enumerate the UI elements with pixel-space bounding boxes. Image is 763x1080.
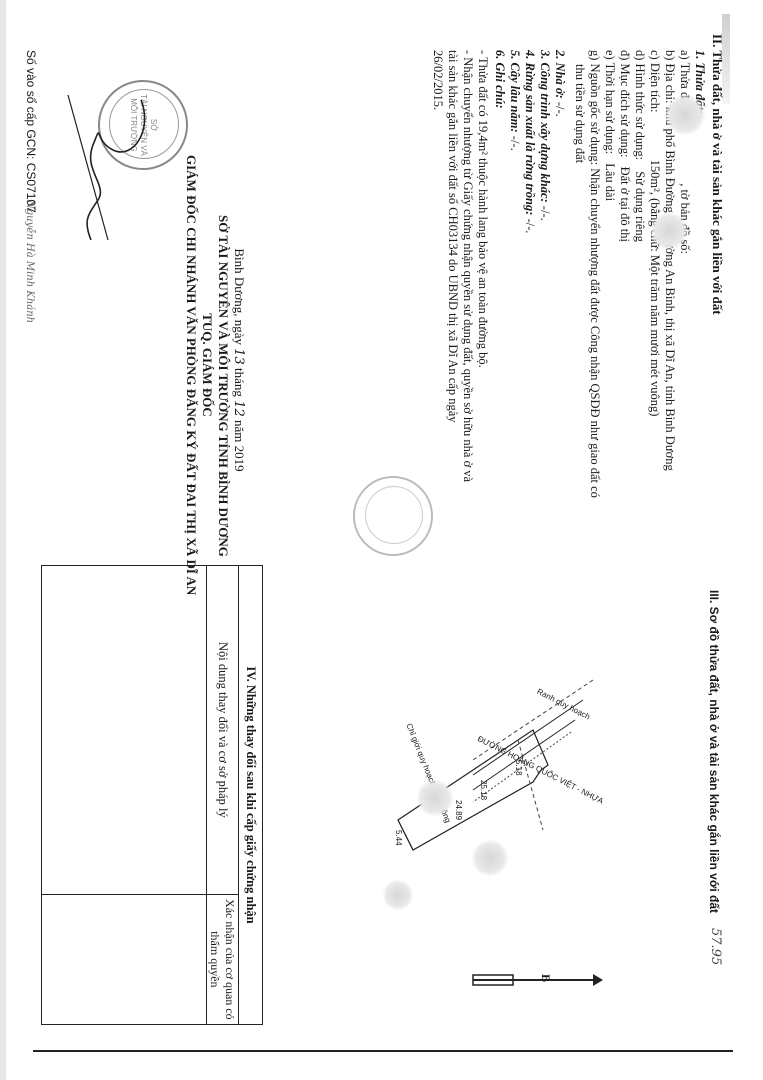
house-value: -/-. (553, 102, 567, 117)
house-line: 2. Nhà ở: -/-. (552, 50, 567, 117)
page-bottom-rule (33, 1050, 733, 1052)
signer-name: Nguyễn Hà Minh Khánh (24, 200, 35, 323)
place-date-label: Bình Dương, ngày (232, 248, 247, 345)
signature-strokes (53, 90, 163, 260)
purpose-label: đ) Mục đích sử dụng: (618, 50, 632, 157)
usage-form-value: Sử dụng riêng (633, 171, 647, 242)
notes-heading-line: 6. Ghi chú: (492, 50, 507, 109)
address-label: b) Địa chỉ: (663, 50, 677, 103)
changes-table: IV. Những thay đổi sau khi cấp giấy chứn… (41, 565, 263, 1025)
redaction-blur (665, 95, 705, 135)
term-line: e) Thời hạn sử dụng: Lâu dài (602, 50, 617, 201)
usage-form-line: d) Hình thức sử dụng: Sử dụng riêng (632, 50, 647, 242)
note-line-1: - Thửa đất có 19,4m² thuộc hành lang bảo… (475, 50, 490, 368)
north-label: B (538, 974, 553, 982)
origin-line: g) Nguồn gốc sử dụng: Nhận chuyển nhượng… (587, 50, 602, 498)
note-line-3: tài sản khác gắn liền với đất số CH03134… (445, 50, 460, 423)
dimension-label: 5.18 (514, 760, 523, 776)
page-number-handwritten: 57.95 (708, 928, 723, 965)
col-content-header: Nội dung thay đổi và cơ sở pháp lý (207, 566, 239, 895)
registry-value: CS07107 (24, 163, 38, 213)
other-works-line: 3. Công trình xây dựng khác: -/-. (537, 50, 552, 221)
sign-month: 12 (231, 400, 246, 417)
usage-form-label: d) Hình thức sử dụng: (633, 50, 647, 160)
term-label: e) Thời hạn sử dụng: (603, 50, 617, 154)
redaction-blur (383, 880, 413, 910)
redaction-blur (417, 780, 453, 816)
sign-date: Bình Dương, ngày 13 tháng 12 năm 2019 (231, 230, 247, 490)
north-arrow-icon (463, 960, 603, 1000)
certificate-page: II. Thửa đất, nhà ở và tài sản khác gắn … (0, 0, 763, 1080)
col-confirm-header: Xác nhận của cơ quan có thẩm quyền (207, 894, 239, 1024)
redaction-blur (651, 212, 687, 250)
origin-value: Nhận chuyển nhượng đất được Công nhận QS… (588, 168, 602, 498)
perennial-value: -/-. (508, 136, 522, 151)
forest-value: -/-. (523, 219, 537, 234)
change-content-cell (42, 566, 207, 895)
month-label: tháng (232, 368, 247, 397)
origin-label: g) Nguồn gốc sử dụng: (588, 50, 602, 165)
area-label: c) Diện tích: (648, 50, 662, 112)
notes-heading: 6. Ghi chú: (493, 50, 507, 109)
purpose-line: đ) Mục đích sử dụng: Đất ở tại đô thị (617, 50, 632, 242)
authority-name: SỞ TÀI NGUYÊN VÀ MÔI TRƯỜNG TỈNH BÌNH DƯ… (215, 215, 231, 515)
note-line-4: 26/02/2015. (430, 50, 445, 110)
note-line-2: - Nhận chuyển nhượng từ Giấy chứng nhận … (460, 50, 475, 482)
registry-line: Số vào sổ cấp GCN: CS07107 (23, 50, 38, 213)
perennial-line: 5. Cây lâu năm: -/-. (507, 50, 522, 151)
section-4-title: IV. Những thay đổi sau khi cấp giấy chứn… (239, 566, 263, 1025)
area-value: 150m², (bằng chữ: Một trăm năm mươi mét … (648, 160, 662, 417)
purpose-value: Đất ở tại đô thị (618, 167, 632, 242)
dimension-label: 5.44 (394, 830, 403, 846)
section-2-title: II. Thửa đất, nhà ở và tài sản khác gắn … (709, 34, 725, 315)
other-works-heading: 3. Công trình xây dựng khác: (538, 50, 552, 203)
section-3-title: III. Sơ đồ thửa đất, nhà ở và tài sản kh… (707, 590, 721, 913)
faint-stamp (353, 476, 433, 556)
forest-line: 4. Rừng sản xuất là rừng trồng: -/-. (522, 50, 537, 233)
faint-stamp-inner (365, 486, 423, 544)
registry-label: Số vào sổ cấp GCN: (24, 50, 38, 159)
dimension-label: 24.89 (454, 800, 463, 820)
proxy-title: TUQ. GIÁM ĐỐC (199, 215, 215, 515)
forest-heading: 4. Rừng sản xuất là rừng trồng: (523, 50, 537, 215)
change-confirm-cell (42, 894, 207, 1024)
signer-title: GIÁM ĐỐC CHI NHÁNH VĂN PHÒNG ĐĂNG KÝ ĐẤT… (183, 155, 199, 575)
address-value: khu phố Bình Đường 3, phường An Bình, th… (663, 107, 677, 471)
other-works-value: -/-. (538, 206, 552, 221)
redaction-blur (472, 840, 508, 876)
term-value: Lâu dài (603, 163, 617, 201)
year-label: năm 2019 (232, 420, 247, 472)
perennial-heading: 5. Cây lâu năm: (508, 50, 522, 133)
sign-day: 13 (231, 348, 246, 365)
house-heading: 2. Nhà ở: (553, 50, 567, 99)
origin-value-cont: thu tiền sử dụng đất (572, 64, 587, 163)
dimension-label: 25.18 (479, 780, 488, 800)
